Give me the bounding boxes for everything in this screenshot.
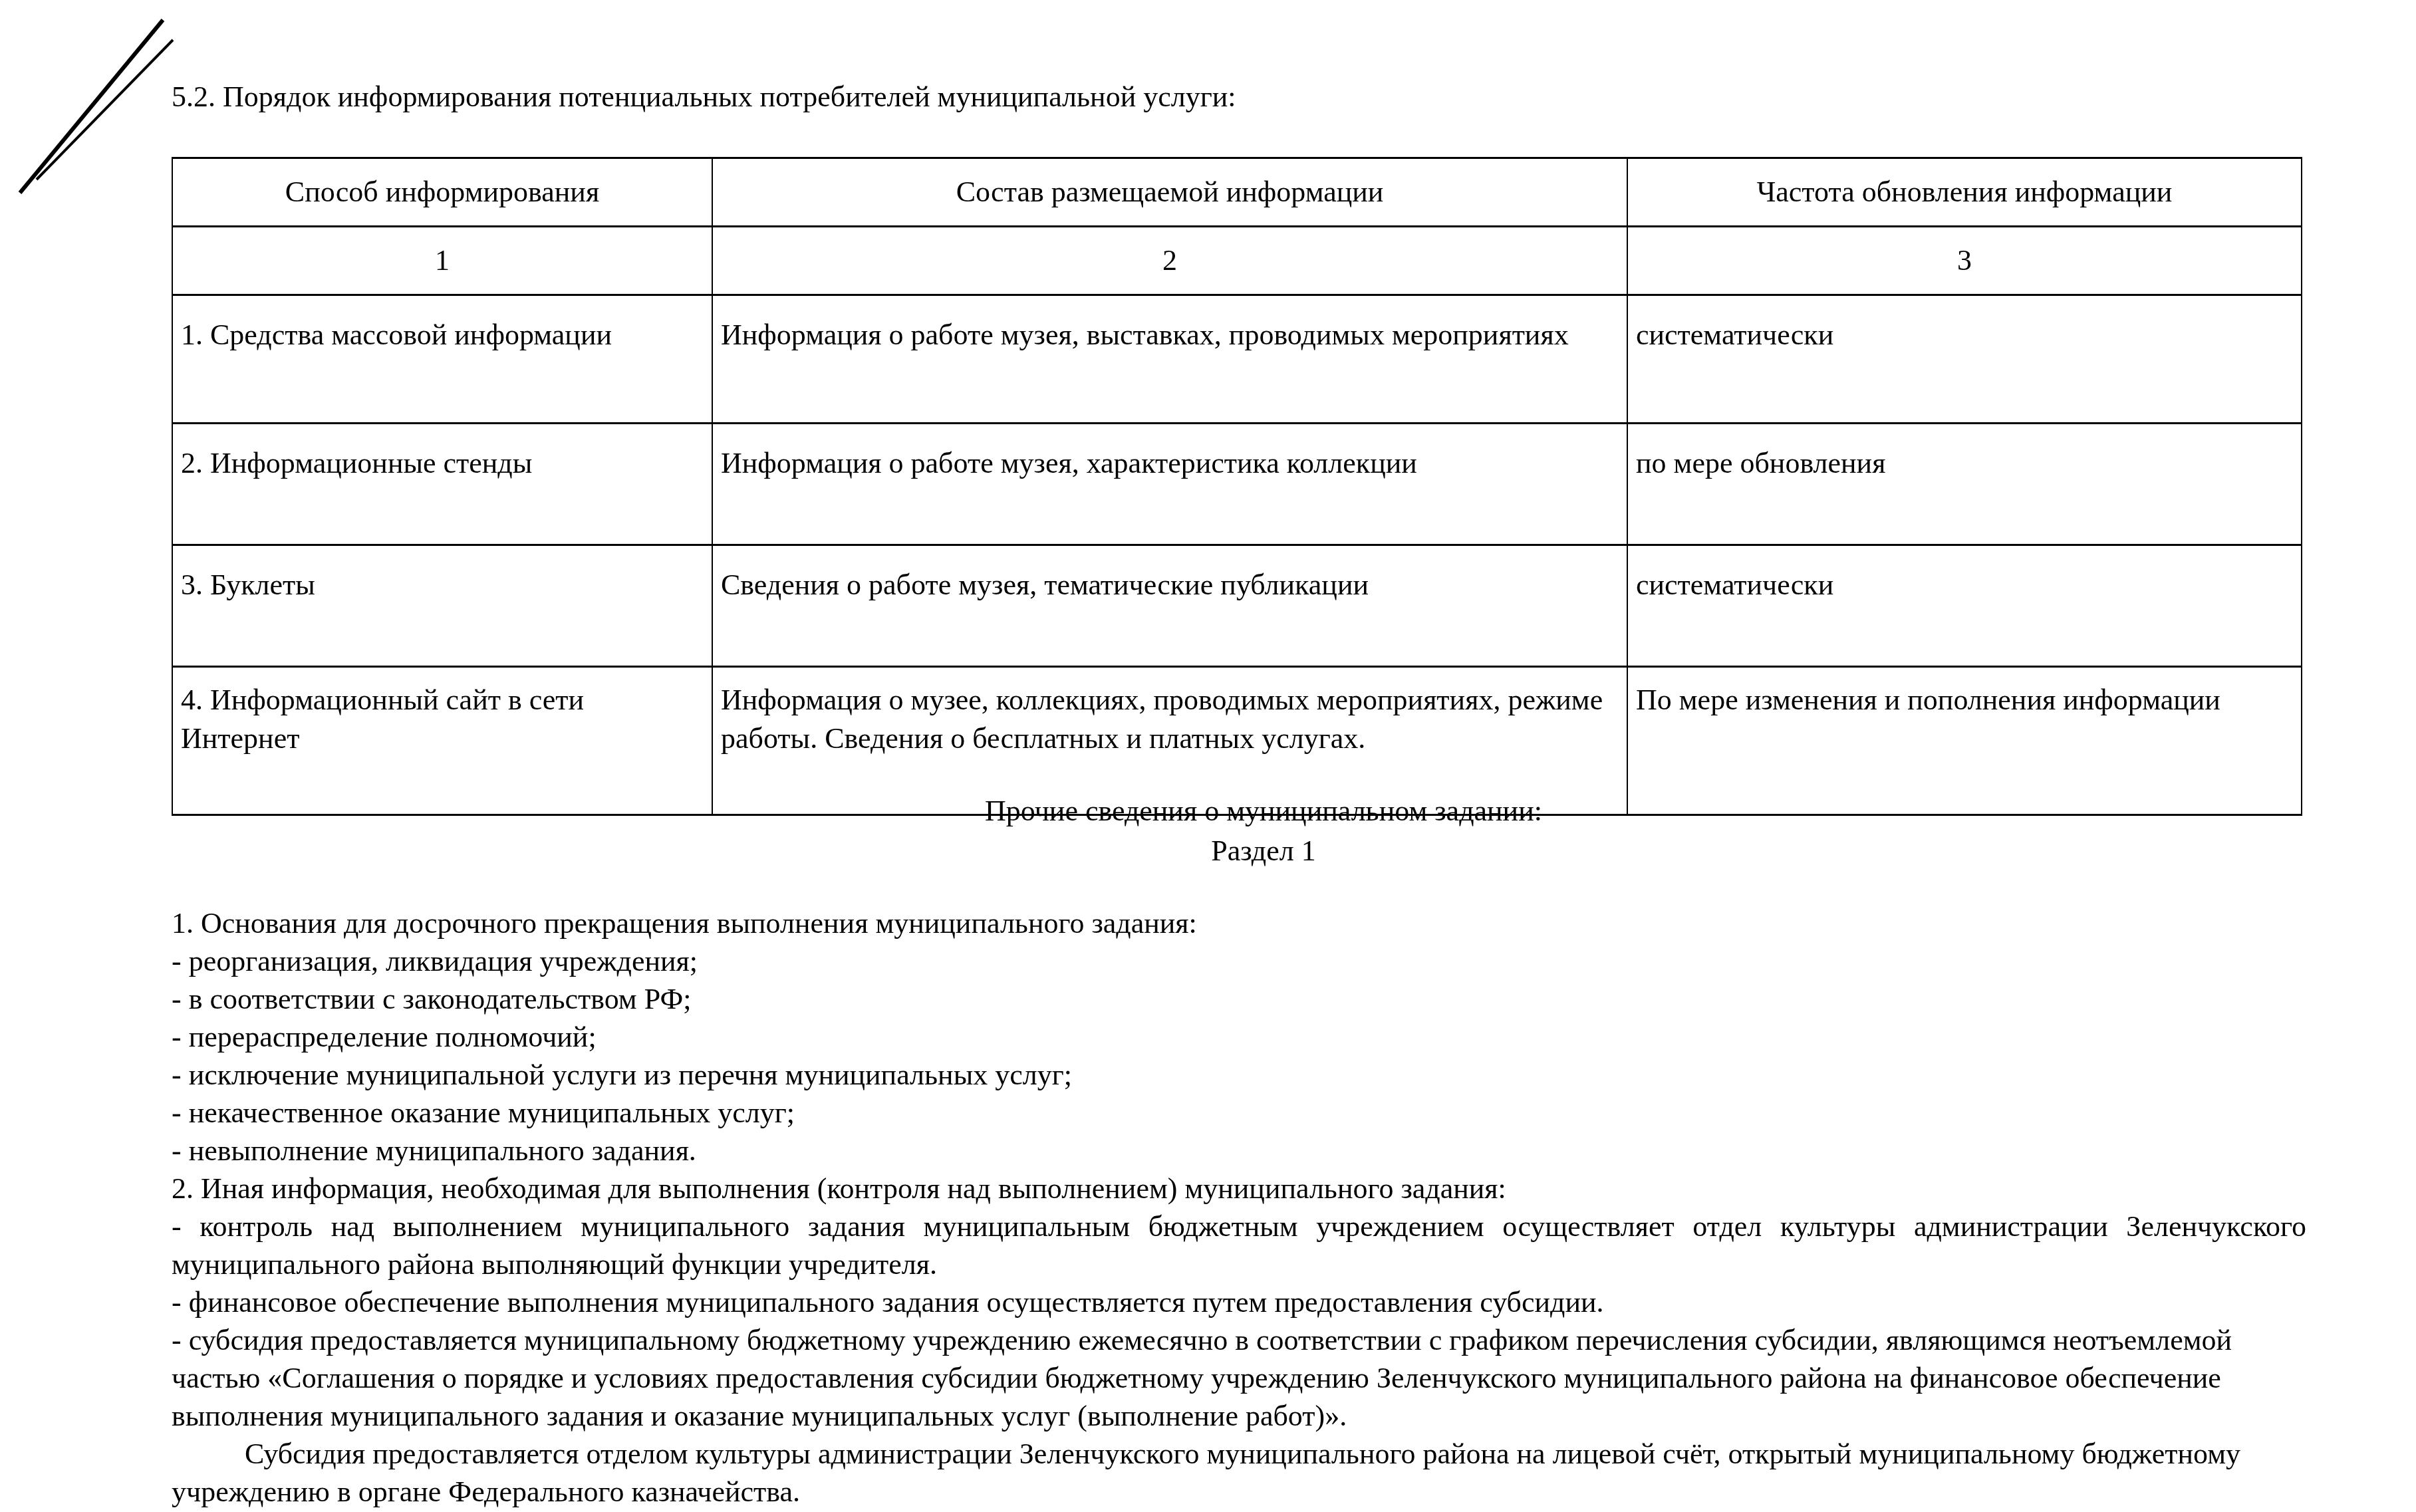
body-line: - реорганизация, ликвидация учреждения; [172,942,2306,980]
header-cell: Способ информирования [172,158,712,227]
table-cell: Информация о работе музея, выставках, пр… [712,295,1627,424]
informing-table: Способ информирования Состав размещаемой… [172,157,2302,816]
section-title: 5.2. Порядок информирования потенциальны… [172,78,1236,116]
other-info-heading: Прочие сведения о муниципальном задании: [0,791,2416,831]
table-cell: систематически [1627,295,2302,424]
table-cell: 1. Средства массовой информации [172,295,712,424]
column-number: 2 [712,227,1627,295]
header-cell: Состав размещаемой информации [712,158,1627,227]
table-cell: по мере обновления [1627,424,2302,545]
table-cell: 2. Информационные стенды [172,424,712,545]
body-line: - контроль над выполнением муниципальног… [172,1207,2306,1283]
table-row: 3. Буклеты Сведения о работе музея, тема… [172,545,2302,667]
column-number: 3 [1627,227,2302,295]
body-line: Субсидия предоставляется отделом культур… [172,1435,2306,1511]
table-header-row: Способ информирования Состав размещаемой… [172,158,2302,227]
column-number-row: 1 2 3 [172,227,2302,295]
body-line: - перераспределение полномочий; [172,1018,2306,1056]
body-line: - субсидия предоставляется муниципальном… [172,1321,2306,1435]
body-text: 1. Основания для досрочного прекращения … [172,904,2306,1511]
section-subheading: Раздел 1 [0,831,2416,871]
handwritten-slash-mark [7,13,180,199]
body-line: - в соответствии с законодательством РФ; [172,980,2306,1018]
body-line: - некачественное оказание муниципальных … [172,1094,2306,1132]
table-cell: систематически [1627,545,2302,667]
body-line: 2. Иная информация, необходимая для выпо… [172,1170,2306,1207]
body-line: - исключение муниципальной услуги из пер… [172,1056,2306,1094]
body-line: 1. Основания для досрочного прекращения … [172,904,2306,942]
table-row: 2. Информационные стенды Информация о ра… [172,424,2302,545]
table-cell: Сведения о работе музея, тематические пу… [712,545,1627,667]
header-cell: Частота обновления информации [1627,158,2302,227]
table-cell: 3. Буклеты [172,545,712,667]
body-line: - невыполнение муниципального задания. [172,1132,2306,1170]
body-line: - финансовое обеспечение выполнения муни… [172,1283,2306,1321]
column-number: 1 [172,227,712,295]
table-row: 1. Средства массовой информации Информац… [172,295,2302,424]
table-cell: Информация о работе музея, характеристик… [712,424,1627,545]
